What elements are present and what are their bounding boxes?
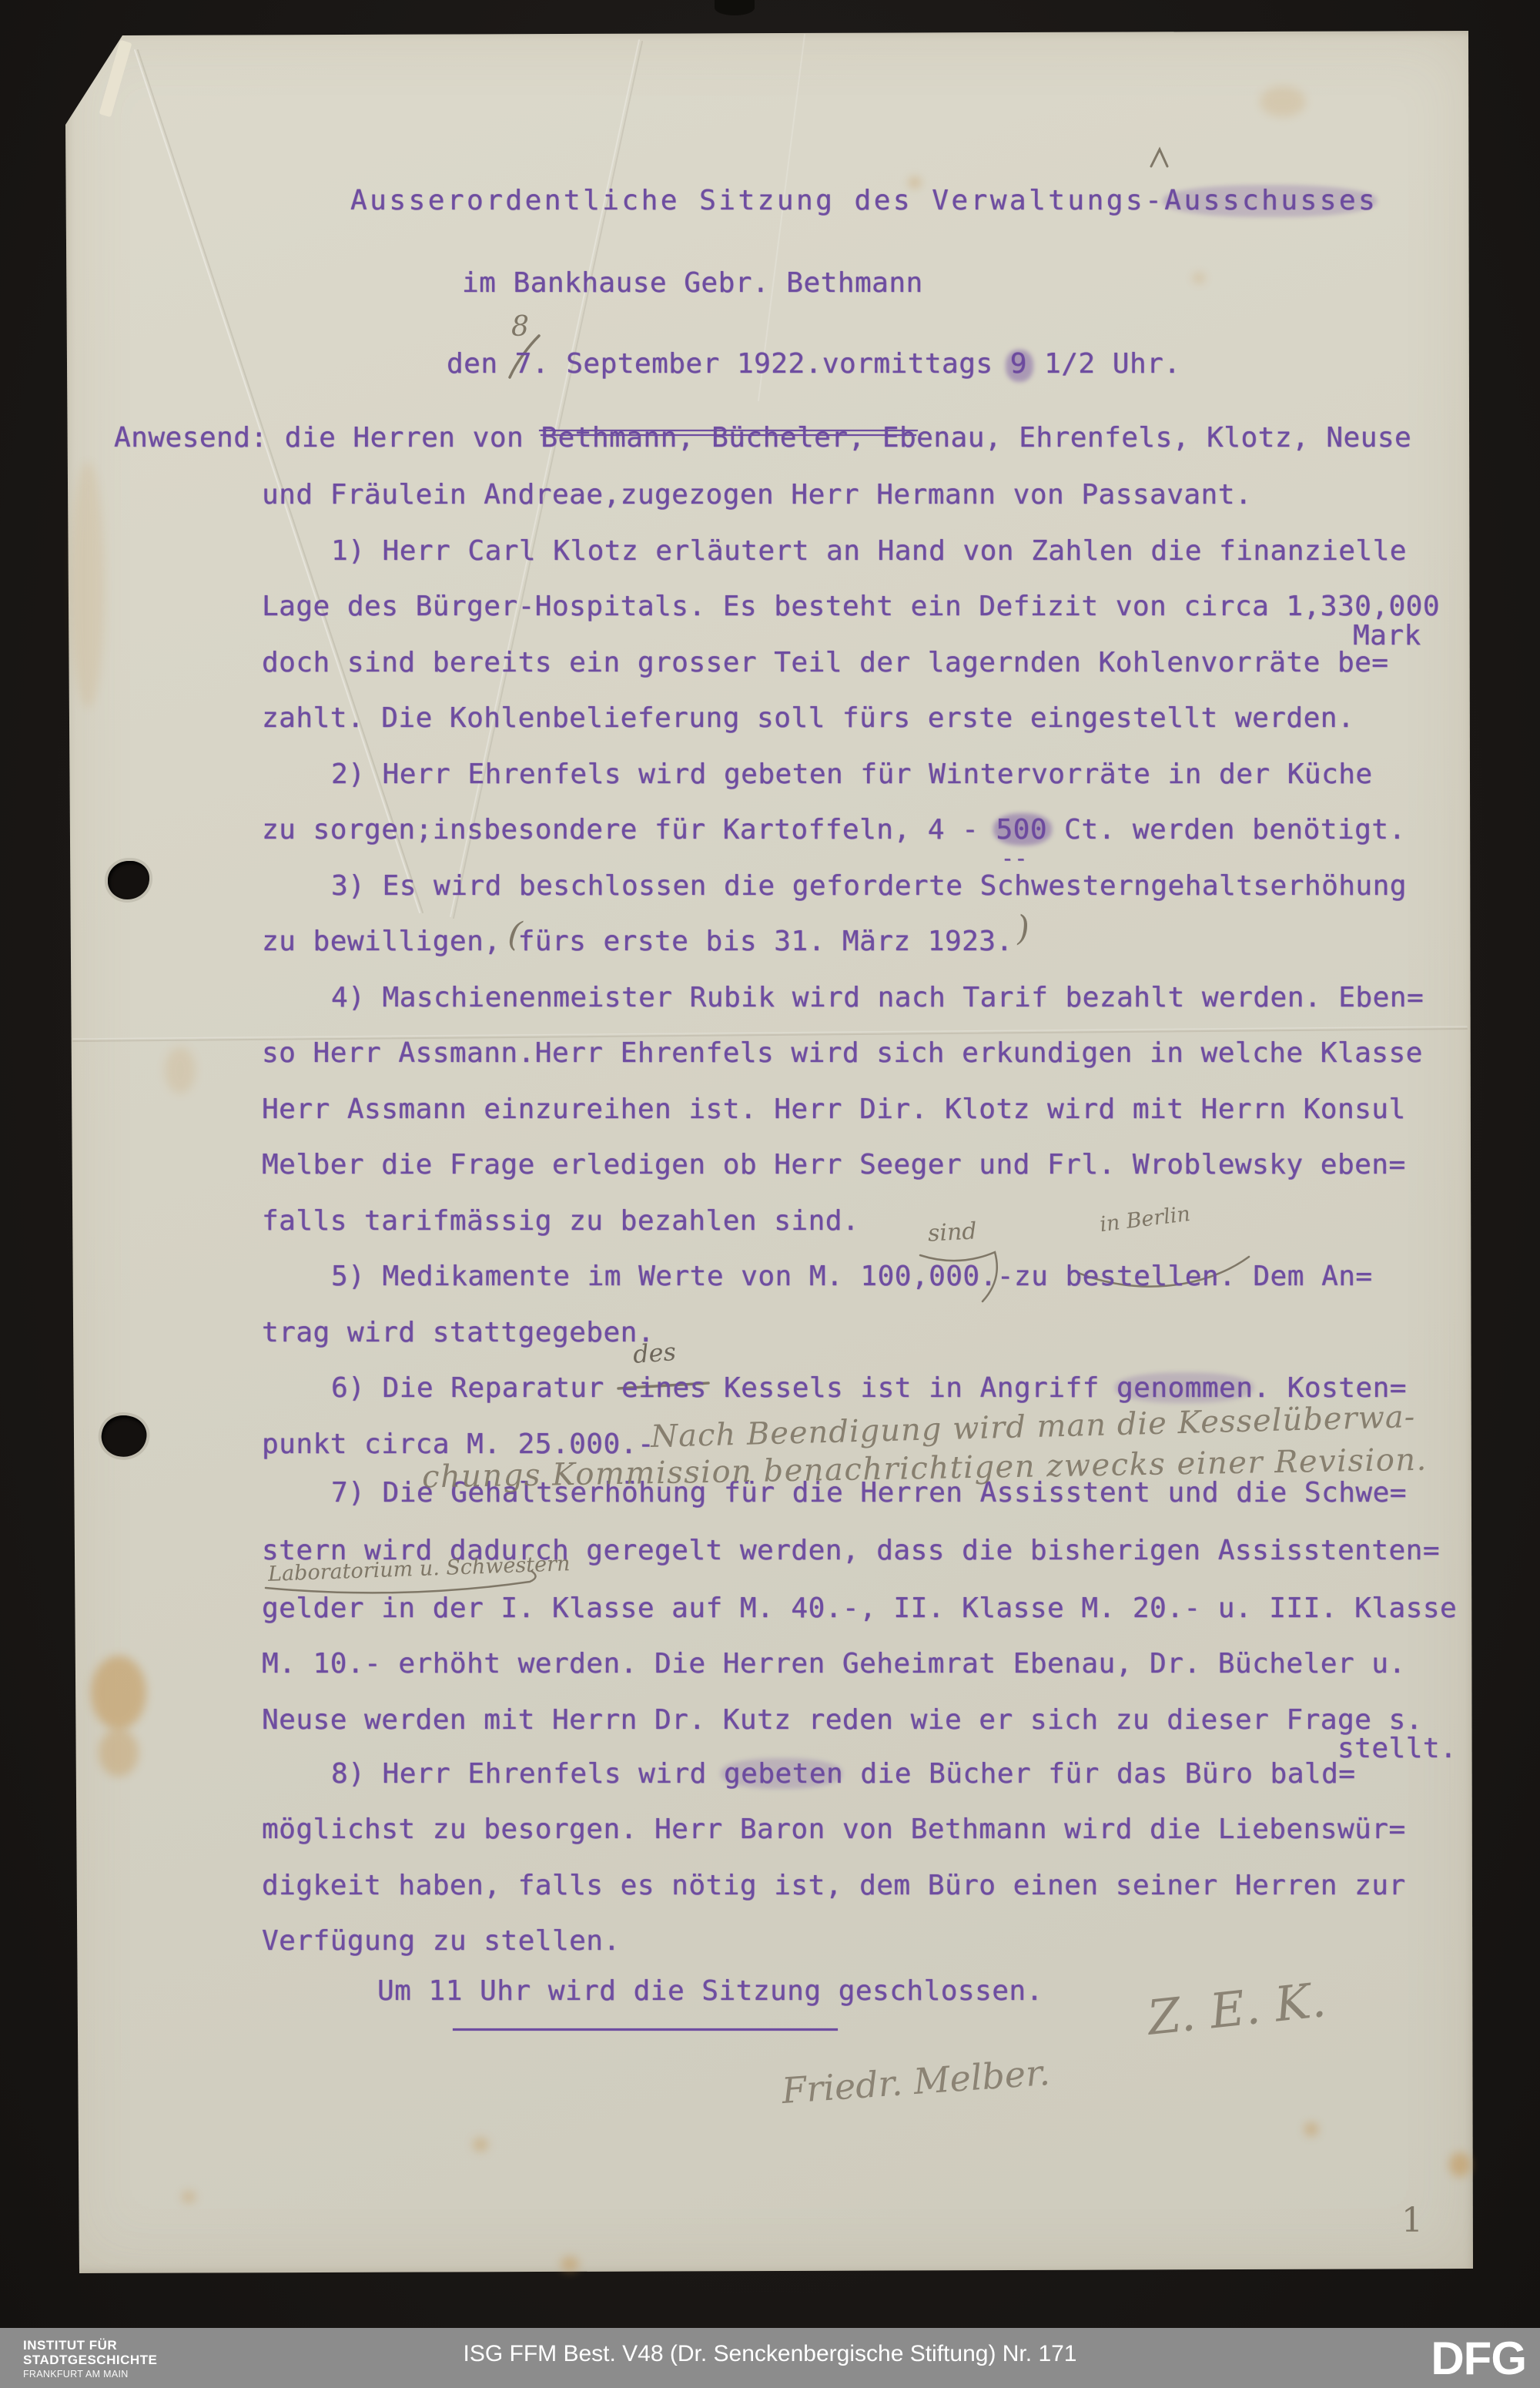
item4-line-5: falls tarifmässig zu bezahlen sind.: [262, 1205, 859, 1237]
edge-smudge: [715, 0, 755, 15]
stain: [1304, 2122, 1318, 2136]
item1-line-3: doch sind bereits ein grosser Teil der l…: [262, 647, 1388, 678]
stain: [165, 1047, 196, 1094]
item8-line-2: möglichst zu besorgen. Herr Baron von Be…: [262, 1814, 1406, 1845]
item3-line-1: 3) Es wird beschlossen die geforderte Sc…: [331, 870, 1407, 902]
attendees-line-1: Anwesend: die Herren von Bethmann, Büche…: [114, 422, 1411, 454]
stain: [1449, 2152, 1471, 2177]
stain: [473, 2138, 488, 2152]
handwritten-date-correction: 8: [511, 311, 529, 343]
dfg-logo: DFG: [1431, 2332, 1526, 2385]
closing-underline: [453, 2028, 838, 2031]
item7-line-3: gelder in der I. Klasse auf M. 40.-, II.…: [262, 1593, 1457, 1624]
stain: [182, 2191, 196, 2203]
item3-line-2: zu bewilligen, fürs erste bis 31. März 1…: [262, 926, 1013, 957]
item2-line-2: zu sorgen;insbesondere für Kartoffeln, 4…: [262, 814, 1406, 846]
item5-line-2: trag wird stattgegeben.: [262, 1317, 654, 1348]
handwritten-page-number: 1: [1401, 2201, 1423, 2240]
correction-dashes: --: [1001, 846, 1028, 871]
item7-line-4: M. 10.- erhöht werden. Die Herren Geheim…: [262, 1648, 1406, 1680]
item1-line-4: zahlt. Die Kohlenbelieferung soll fürs e…: [262, 702, 1354, 734]
item8-line-3: digkeit haben, falls es nötig ist, dem B…: [262, 1870, 1406, 1901]
stain: [99, 1729, 139, 1777]
closing-line: Um 11 Uhr wird die Sitzung geschlossen.: [377, 1975, 1043, 2007]
handwritten-article-correction: des: [632, 1337, 677, 1369]
item8-line-4: Verfügung zu stellen.: [262, 1925, 621, 1957]
handwritten-paren-close: ): [1015, 908, 1031, 948]
item1-line-1: 1) Herr Carl Klotz erläutert an Hand von…: [331, 535, 1407, 567]
item4-line-1: 4) Maschienenmeister Rubik wird nach Tar…: [331, 982, 1424, 1013]
stain: [561, 2256, 579, 2272]
handwritten-insert-sind: sind: [927, 1217, 977, 1247]
overstrike-genommen: [1115, 1372, 1254, 1403]
doc-date: den 7. September 1922.vormittags 9 1/2 U…: [447, 348, 1180, 380]
stain: [1260, 86, 1306, 117]
attendees-line-2: und Fräulein Andreae,zugezogen Herr Herm…: [262, 479, 1252, 511]
overstrike-500: [993, 813, 1052, 846]
stain: [91, 1656, 146, 1730]
scan-viewer: Ausserordentliche Sitzung des Verwaltung…: [0, 0, 1540, 2388]
archive-reference: ISG FFM Best. V48 (Dr. Senckenbergische …: [0, 2341, 1540, 2367]
item5-line-1: 5) Medikamente im Werte von M. 100,000.-…: [331, 1261, 1373, 1292]
overstrike-title: [1163, 185, 1377, 217]
doc-location: im Bankhause Gebr. Bethmann: [462, 267, 923, 299]
item6-line-2: punkt circa M. 25.000.-: [262, 1428, 654, 1460]
institute-name-line-3: FRANKFURT AM MAIN: [23, 2370, 129, 2380]
stain: [1193, 273, 1204, 283]
item4-line-3: Herr Assmann einzureihen ist. Herr Dir. …: [262, 1094, 1406, 1125]
item8-line-1: 8) Herr Ehrenfels wird gebeten die Büche…: [331, 1758, 1355, 1790]
item1-line-2: Lage des Bürger-Hospitals. Es besteht ei…: [262, 591, 1440, 622]
item4-line-2: so Herr Assmann.Herr Ehrenfels wird sich…: [262, 1037, 1423, 1069]
item7-line-5: Neuse werden mit Herrn Dr. Kutz reden wi…: [262, 1704, 1423, 1736]
item2-line-1: 2) Herr Ehrenfels wird gebeten für Winte…: [331, 759, 1373, 790]
overstrike-gebeten: [721, 1758, 842, 1789]
overstrike-hour: [1006, 350, 1033, 382]
item4-line-4: Melber die Frage erledigen ob Herr Seege…: [262, 1149, 1406, 1181]
stain: [71, 462, 105, 708]
